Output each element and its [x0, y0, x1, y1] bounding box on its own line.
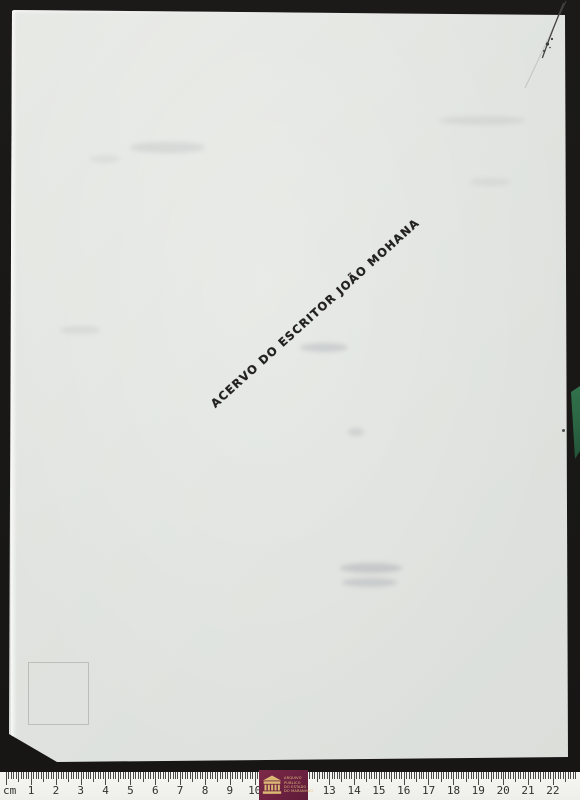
ruler-tick [344, 772, 345, 779]
ruler-tick [426, 772, 427, 779]
ink-speck [562, 429, 565, 432]
ruler-tick [414, 772, 415, 779]
ruler-tick [334, 772, 335, 779]
ruler-tick [550, 772, 551, 779]
ruler-tick [38, 772, 39, 779]
ruler-tick [520, 772, 521, 779]
ruler-tick [558, 772, 559, 779]
ruler-tick [324, 772, 325, 779]
ruler-tick [100, 772, 101, 779]
ruler-tick [86, 772, 87, 779]
ruler-tick [33, 772, 34, 779]
ruler-tick [436, 772, 437, 779]
ruler-tick [463, 772, 464, 779]
ruler-tick [351, 772, 352, 779]
ruler-tick [423, 772, 424, 779]
ruler-tick [192, 772, 193, 782]
ruler-tick [28, 772, 29, 779]
ruler-tick [384, 772, 385, 779]
ruler-tick [103, 772, 104, 779]
ink-smudge [60, 326, 100, 334]
ruler-tick [215, 772, 216, 779]
ruler-tick [496, 772, 497, 779]
ruler-tick [481, 772, 482, 779]
ruler-tick [13, 772, 14, 779]
ruler-tick [58, 772, 59, 779]
ruler-tick [227, 772, 228, 779]
ruler-tick [48, 772, 49, 779]
ruler-tick [510, 772, 511, 779]
ruler-tick [476, 772, 477, 779]
ruler-tick [78, 772, 79, 779]
ruler-number: 17 [422, 784, 435, 797]
document-page: ACERVO DO ESCRITOR JOÃO MOHANA [0, 0, 580, 800]
ruler-tick [190, 772, 191, 779]
ruler-tick [68, 772, 69, 782]
ruler-tick [381, 772, 382, 779]
ruler-tick [359, 772, 360, 779]
ink-smudge [300, 343, 348, 352]
ruler-tick [394, 772, 395, 779]
ruler-tick [36, 772, 37, 779]
ink-smudge [470, 178, 510, 186]
ruler-tick [486, 772, 487, 779]
ruler-tick [207, 772, 208, 779]
ruler-tick [247, 772, 248, 779]
ruler-tick [416, 772, 417, 782]
ruler-tick [26, 772, 27, 779]
ruler-tick [411, 772, 412, 779]
ruler-tick [518, 772, 519, 779]
ruler-tick [61, 772, 62, 779]
ruler-tick [339, 772, 340, 779]
ruler-number: 16 [397, 784, 410, 797]
ruler-tick [346, 772, 347, 779]
ruler-tick [540, 772, 541, 782]
ruler-tick [538, 772, 539, 779]
ruler-tick [46, 772, 47, 779]
ruler-tick [448, 772, 449, 779]
archive-logo: ARQUIVOPÚBLICODO ESTADODO MARANHÃO [259, 770, 308, 800]
ruler-tick [185, 772, 186, 779]
ruler-tick [361, 772, 362, 779]
ruler-tick [140, 772, 141, 779]
ruler-tick [374, 772, 375, 779]
ruler-tick [431, 772, 432, 779]
ruler-tick [182, 772, 183, 779]
ruler-tick [314, 772, 315, 779]
ink-smudge [340, 563, 402, 573]
ruler-tick [317, 772, 318, 782]
ruler-tick [332, 772, 333, 779]
ruler-tick [197, 772, 198, 779]
ruler-tick [88, 772, 89, 779]
ruler-tick [18, 772, 19, 782]
ruler-tick [406, 772, 407, 779]
ruler-tick [135, 772, 136, 779]
ruler-tick [491, 772, 492, 782]
ruler-tick [443, 772, 444, 779]
ruler-tick [153, 772, 154, 779]
ruler-tick [125, 772, 126, 779]
ruler-tick [212, 772, 213, 779]
ruler-tick [95, 772, 96, 779]
ruler-tick [53, 772, 54, 779]
ruler-tick [396, 772, 397, 779]
scale-ruler: cm 1234567891013141516171819202122 ARQUI… [0, 772, 580, 800]
ruler-tick [202, 772, 203, 779]
ruler-tick [123, 772, 124, 779]
ink-smudge [440, 116, 525, 125]
logo-text-line: DO MARANHÃO [284, 789, 313, 793]
archive-building-icon [262, 775, 282, 796]
ruler-tick [473, 772, 474, 779]
ruler-number: 4 [102, 784, 109, 797]
ruler-tick [466, 772, 467, 782]
ruler-tick [560, 772, 561, 779]
ruler-tick [257, 772, 258, 779]
ruler-tick [240, 772, 241, 779]
ruler-tick [349, 772, 350, 779]
ruler-tick [356, 772, 357, 779]
ruler-tick [225, 772, 226, 779]
ruler-tick [386, 772, 387, 779]
ruler-unit-label: cm [3, 784, 16, 797]
ruler-tick [399, 772, 400, 779]
ruler-tick [530, 772, 531, 779]
ruler-tick [173, 772, 174, 779]
ruler-tick [483, 772, 484, 779]
ruler-tick [252, 772, 253, 779]
ruler-tick [446, 772, 447, 779]
ruler-tick [43, 772, 44, 782]
ruler-tick [441, 772, 442, 782]
ruler-tick [195, 772, 196, 779]
ruler-tick [66, 772, 67, 779]
ruler-tick [438, 772, 439, 779]
ruler-tick [548, 772, 549, 779]
ruler-tick [433, 772, 434, 779]
ruler-tick [90, 772, 91, 779]
ruler-tick [401, 772, 402, 779]
ruler-tick [93, 772, 94, 782]
ruler-tick [21, 772, 22, 779]
ruler-number: 21 [521, 784, 534, 797]
ruler-tick [143, 772, 144, 782]
ruler-tick [83, 772, 84, 779]
ruler-tick [563, 772, 564, 779]
ruler-tick [555, 772, 556, 779]
ruler-tick [158, 772, 159, 779]
ruler-tick [128, 772, 129, 779]
ruler-number: 18 [447, 784, 460, 797]
ruler-tick [458, 772, 459, 779]
ruler-tick [250, 772, 251, 779]
ruler-tick [371, 772, 372, 779]
ruler-tick [389, 772, 390, 779]
archive-logo-text: ARQUIVOPÚBLICODO ESTADODO MARANHÃO [284, 776, 313, 794]
ruler-tick [493, 772, 494, 779]
ruler-tick [319, 772, 320, 779]
ruler-tick [150, 772, 151, 779]
ruler-tick [232, 772, 233, 779]
ruler-number: 9 [226, 784, 233, 797]
ruler-tick [409, 772, 410, 779]
ruler-number: 2 [53, 784, 60, 797]
ruler-tick [120, 772, 121, 779]
scan-background: ACERVO DO ESCRITOR JOÃO MOHANA cm 123456… [0, 0, 580, 800]
ruler-tick [73, 772, 74, 779]
ruler-tick [322, 772, 323, 779]
ruler-tick [535, 772, 536, 779]
ruler-tick [575, 772, 576, 779]
ruler-tick [210, 772, 211, 779]
ruler-tick [533, 772, 534, 779]
ruler-number: 1 [28, 784, 35, 797]
ruler-number: 15 [372, 784, 385, 797]
ruler-tick [63, 772, 64, 779]
ruler-number: 8 [202, 784, 209, 797]
ruler-tick [41, 772, 42, 779]
ruler-tick [235, 772, 236, 779]
ruler-tick [421, 772, 422, 779]
ruler-number: 3 [77, 784, 84, 797]
ruler-tick [76, 772, 77, 779]
ruler-tick [543, 772, 544, 779]
ruler-tick [8, 772, 9, 779]
ruler-tick [133, 772, 134, 779]
ruler-tick [468, 772, 469, 779]
ruler-tick [565, 772, 566, 782]
ruler-tick [245, 772, 246, 779]
ruler-tick [376, 772, 377, 779]
ruler-tick [471, 772, 472, 779]
ruler-tick [160, 772, 161, 779]
ruler-number: 14 [347, 784, 360, 797]
ruler-tick [488, 772, 489, 779]
ruler-tick [148, 772, 149, 779]
ruler-number: 19 [472, 784, 485, 797]
ruler-tick [364, 772, 365, 779]
ink-smudge [130, 142, 205, 153]
ruler-tick [11, 772, 12, 779]
ink-smudge [348, 428, 364, 436]
ink-smudge [342, 578, 397, 587]
ink-smudge [90, 155, 120, 163]
ruler-tick [545, 772, 546, 779]
ruler-tick [327, 772, 328, 779]
ruler-tick [170, 772, 171, 779]
ruler-tick [168, 772, 169, 782]
ruler-tick [165, 772, 166, 779]
ruler-number: 7 [177, 784, 184, 797]
ruler-tick [508, 772, 509, 779]
ruler-tick [242, 772, 243, 782]
ruler-tick [501, 772, 502, 779]
ruler-tick [187, 772, 188, 779]
ruler-tick [341, 772, 342, 782]
ruler-tick [175, 772, 176, 779]
ruler-number: 20 [497, 784, 510, 797]
ruler-tick [145, 772, 146, 779]
ruler-tick [570, 772, 571, 779]
ruler-tick [115, 772, 116, 779]
green-paper-edge [569, 386, 580, 459]
ruler-tick [108, 772, 109, 779]
ruler-tick [498, 772, 499, 779]
ruler-tick [98, 772, 99, 779]
ruler-tick [366, 772, 367, 782]
ruler-tick [177, 772, 178, 779]
ruler-tick [110, 772, 111, 779]
ruler-tick [568, 772, 569, 779]
ruler-tick [163, 772, 164, 779]
ruler-tick [16, 772, 17, 779]
ruler-tick [419, 772, 420, 779]
ruler-tick [461, 772, 462, 779]
ruler-tick [237, 772, 238, 779]
ruler-tick [523, 772, 524, 779]
ruler-tick [222, 772, 223, 779]
ruler-tick [337, 772, 338, 779]
ruler-tick [525, 772, 526, 779]
ruler-number: 13 [323, 784, 336, 797]
ruler-tick [513, 772, 514, 779]
ruler-tick [113, 772, 114, 779]
ruler-tick [23, 772, 24, 779]
ruler-tick [505, 772, 506, 779]
ruler-tick [515, 772, 516, 782]
ruler-tick [391, 772, 392, 782]
ruler-tick [51, 772, 52, 779]
pencil-outline [28, 662, 89, 725]
ruler-number: 6 [152, 784, 159, 797]
ruler-tick [369, 772, 370, 779]
ruler-tick [71, 772, 72, 779]
ruler-tick [138, 772, 139, 779]
ruler-tick [220, 772, 221, 779]
ruler-tick [200, 772, 201, 779]
ruler-tick [217, 772, 218, 782]
ruler-tick [451, 772, 452, 779]
ruler-tick [573, 772, 574, 779]
ruler-tick [118, 772, 119, 782]
archive-stamp: ACERVO DO ESCRITOR JOÃO MOHANA [208, 216, 422, 411]
ruler-number: 5 [127, 784, 134, 797]
ruler-tick [456, 772, 457, 779]
ruler-number: 22 [546, 784, 559, 797]
